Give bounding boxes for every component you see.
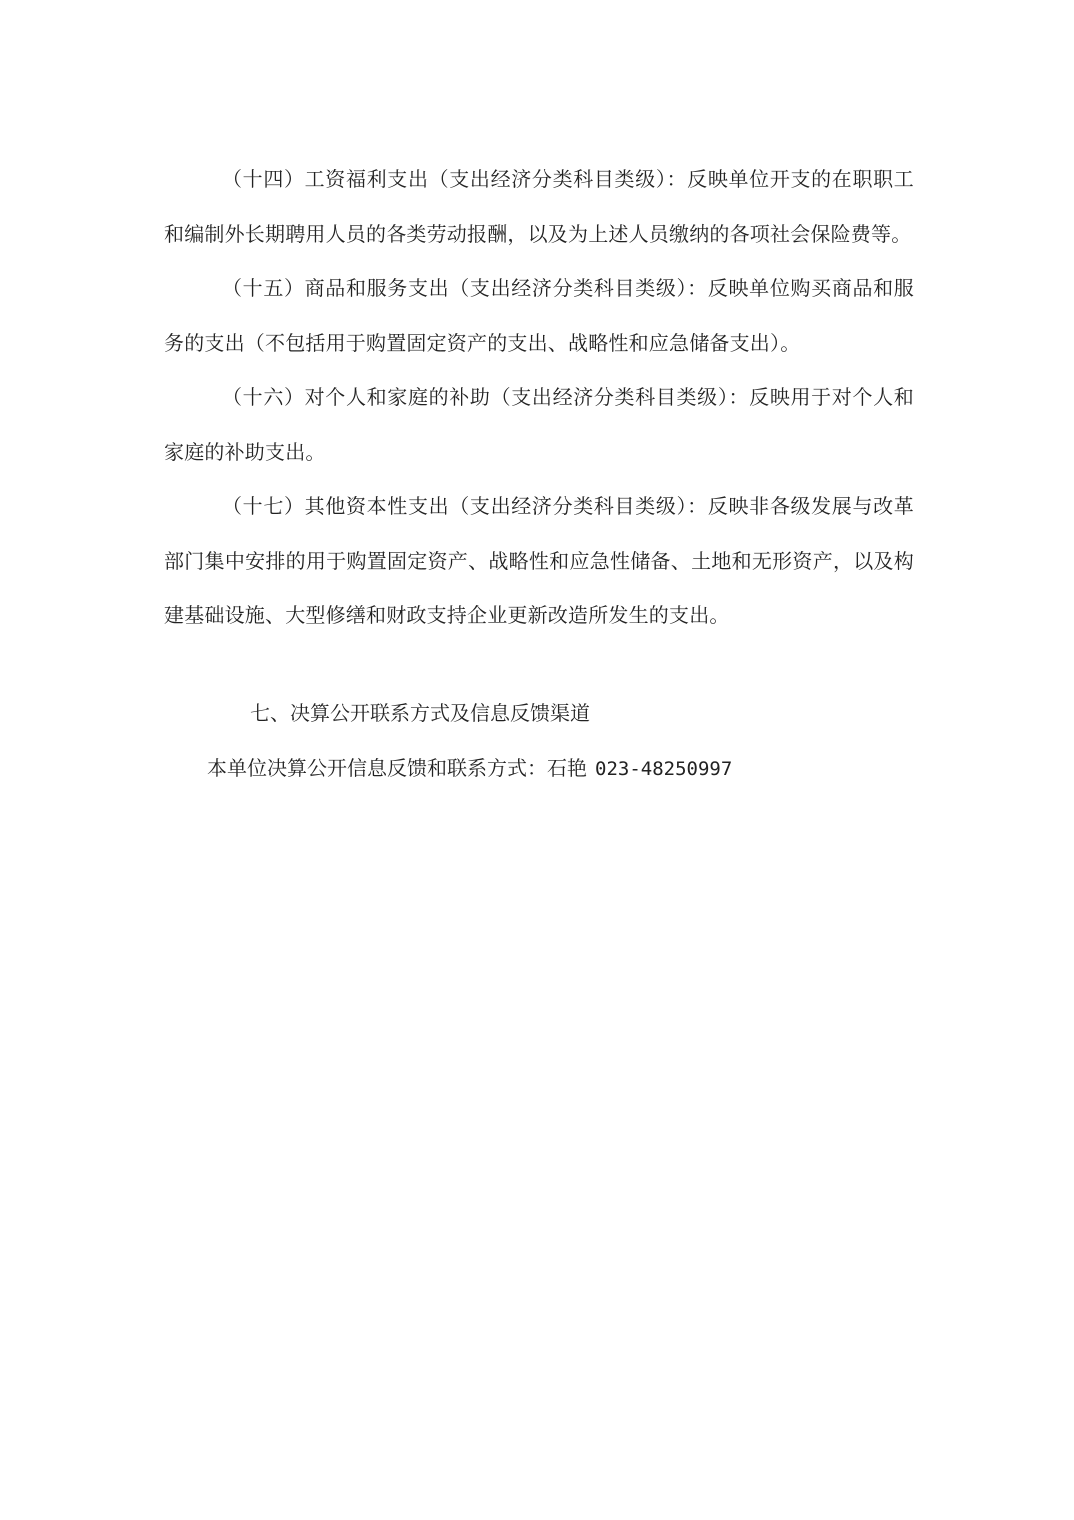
contact-label: 本单位决算公开信息反馈和联系方式：石艳: [207, 756, 587, 780]
paragraph-item-17: （十七）其他资本性支出（支出经济分类科目类级）：反映非各级发展与改革部门集中安排…: [164, 479, 914, 643]
contact-phone: 023-48250997: [595, 758, 732, 780]
section-heading: 七、决算公开联系方式及信息反馈渠道: [250, 695, 590, 731]
paragraph-item-16: （十六）对个人和家庭的补助（支出经济分类科目类级）：反映用于对个人和家庭的补助支…: [164, 370, 914, 479]
paragraph-item-14: （十四）工资福利支出（支出经济分类科目类级）：反映单位开支的在职职工和编制外长期…: [164, 152, 914, 261]
document-body: （十四）工资福利支出（支出经济分类科目类级）：反映单位开支的在职职工和编制外长期…: [164, 152, 914, 643]
paragraph-item-15: （十五）商品和服务支出（支出经济分类科目类级）：反映单位购买商品和服务的支出（不…: [164, 261, 914, 370]
contact-line: 本单位决算公开信息反馈和联系方式：石艳023-48250997: [207, 750, 732, 787]
